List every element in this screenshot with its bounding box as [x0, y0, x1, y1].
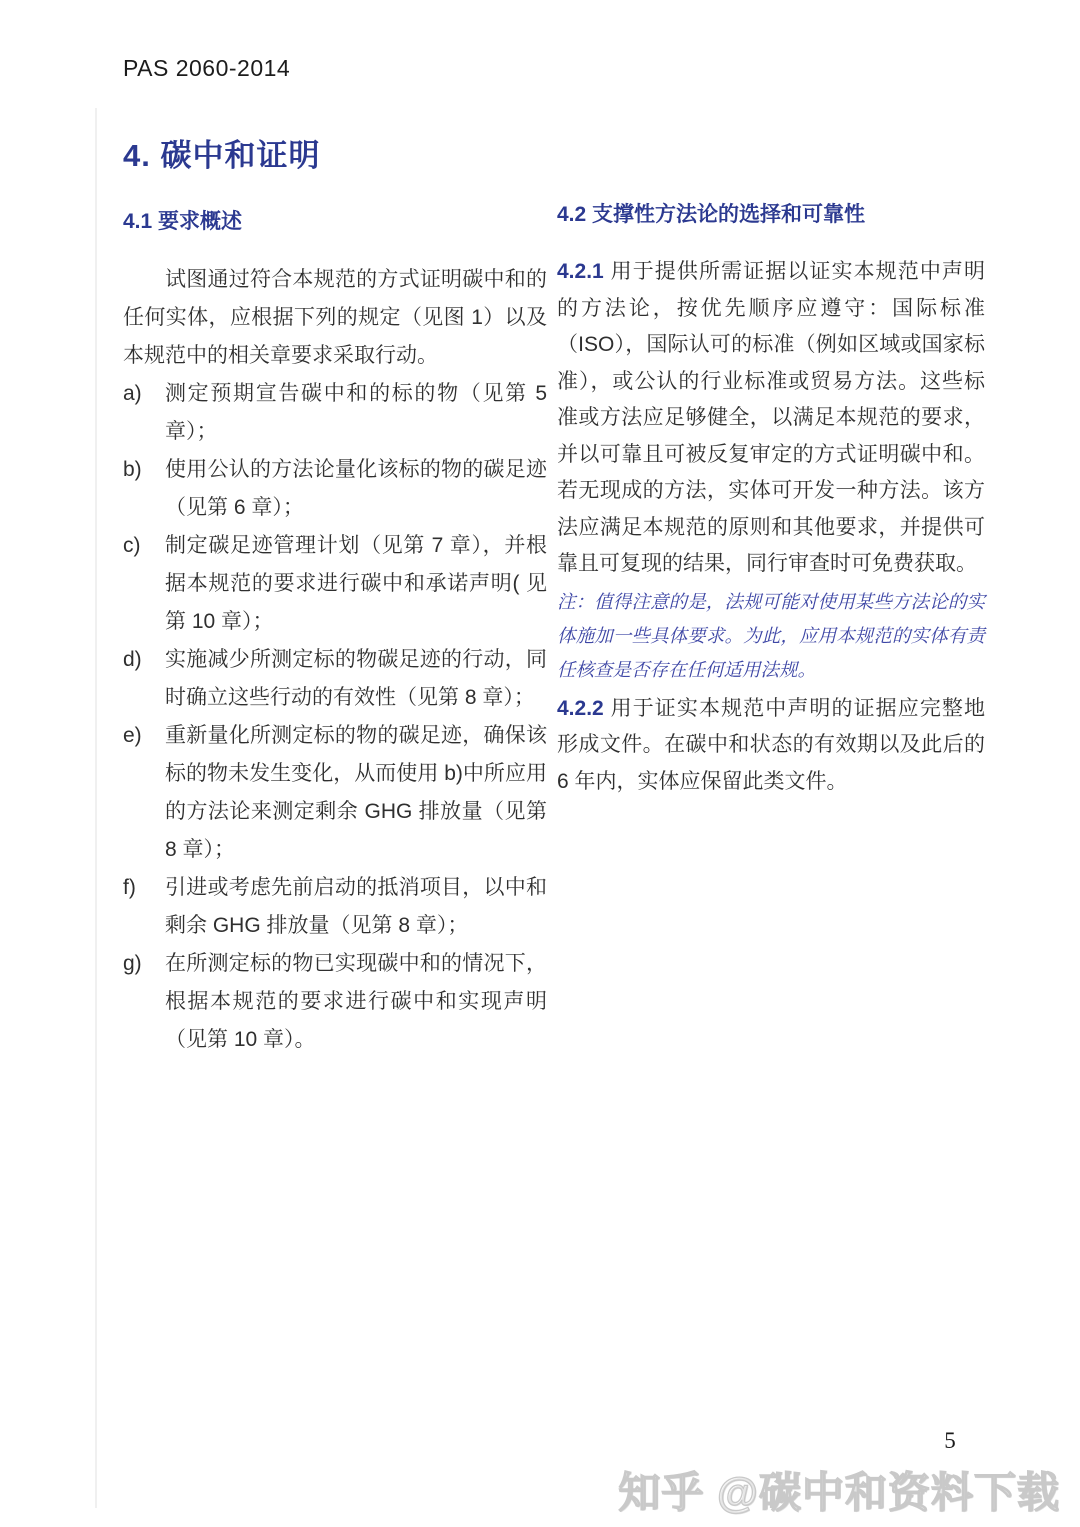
clause-number: 4.2.1	[557, 260, 604, 283]
list-item: f) 引进或考虑先前启动的抵消项目，以中和剩余 GHG 排放量（见第 8 章）；	[123, 869, 547, 945]
scan-edge-line	[95, 108, 97, 1508]
list-item-marker: a)	[123, 375, 165, 451]
clause-text: 用于提供所需证据以证实本规范中声明的方法论，按优先顺序应遵守：国际标准（ISO）…	[557, 260, 985, 575]
list-item-text: 实施减少所测定标的物碳足迹的行动，同时确立这些行动的有效性（见第 8 章）；	[165, 641, 547, 717]
watermark: 知乎 @碳中和资料下载	[618, 1460, 1060, 1520]
section-heading-4-2: 4.2 支撑性方法论的选择和可靠性	[557, 198, 985, 228]
intro-paragraph: 试图通过符合本规范的方式证明碳中和的任何实体，应根据下列的规定（见图 1）以及本…	[123, 261, 547, 375]
list-item-marker: g)	[123, 945, 165, 1059]
section-heading-4-1: 4.1 要求概述	[123, 205, 547, 235]
paragraph-4-2-1: 4.2.1 用于提供所需证据以证实本规范中声明的方法论，按优先顺序应遵守：国际标…	[557, 254, 985, 583]
list-item-text: 制定碳足迹管理计划（见第 7 章），并根据本规范的要求进行碳中和承诺声明( 见第…	[165, 527, 547, 641]
list-item-marker: e)	[123, 717, 165, 869]
page-number: 5	[938, 1428, 962, 1454]
clause-number: 4.2.2	[557, 697, 604, 720]
document-page: PAS 2060-2014 4. 碳中和证明 4.1 要求概述 试图通过符合本规…	[0, 0, 1080, 1527]
list-item: e) 重新量化所测定标的物的碳足迹，确保该标的物未发生变化，从而使用 b)中所应…	[123, 717, 547, 869]
list-item: g) 在所测定标的物已实现碳中和的情况下，根据本规范的要求进行碳中和实现声明（见…	[123, 945, 547, 1059]
list-item-marker: c)	[123, 527, 165, 641]
requirements-list: a) 测定预期宣告碳中和的标的物（见第 5 章）； b) 使用公认的方法论量化该…	[123, 375, 547, 1059]
paragraph-4-2-2: 4.2.2 用于证实本规范中声明的证据应完整地形成文件。在碳中和状态的有效期以及…	[557, 691, 985, 801]
list-item-text: 测定预期宣告碳中和的标的物（见第 5 章）；	[165, 375, 547, 451]
list-item: b) 使用公认的方法论量化该标的物的碳足迹（见第 6 章）；	[123, 451, 547, 527]
list-item: a) 测定预期宣告碳中和的标的物（见第 5 章）；	[123, 375, 547, 451]
document-header: PAS 2060-2014	[123, 55, 290, 82]
left-column: 4.1 要求概述 试图通过符合本规范的方式证明碳中和的任何实体，应根据下列的规定…	[123, 205, 547, 1059]
list-item-text: 引进或考虑先前启动的抵消项目，以中和剩余 GHG 排放量（见第 8 章）；	[165, 869, 547, 945]
list-item-text: 重新量化所测定标的物的碳足迹，确保该标的物未发生变化，从而使用 b)中所应用的方…	[165, 717, 547, 869]
list-item-marker: b)	[123, 451, 165, 527]
list-item: c) 制定碳足迹管理计划（见第 7 章），并根据本规范的要求进行碳中和承诺声明(…	[123, 527, 547, 641]
note-paragraph: 注：值得注意的是，法规可能对使用某些方法论的实体施加一些具体要求。为此，应用本规…	[557, 585, 985, 687]
list-item: d) 实施减少所测定标的物碳足迹的行动，同时确立这些行动的有效性（见第 8 章）…	[123, 641, 547, 717]
list-item-marker: f)	[123, 869, 165, 945]
list-item-text: 使用公认的方法论量化该标的物的碳足迹（见第 6 章）；	[165, 451, 547, 527]
clause-text: 用于证实本规范中声明的证据应完整地形成文件。在碳中和状态的有效期以及此后的 6 …	[557, 697, 985, 793]
list-item-text: 在所测定标的物已实现碳中和的情况下，根据本规范的要求进行碳中和实现声明（见第 1…	[165, 945, 547, 1059]
list-item-marker: d)	[123, 641, 165, 717]
chapter-title: 4. 碳中和证明	[123, 130, 320, 175]
right-column: 4.2 支撑性方法论的选择和可靠性 4.2.1 用于提供所需证据以证实本规范中声…	[557, 198, 985, 802]
